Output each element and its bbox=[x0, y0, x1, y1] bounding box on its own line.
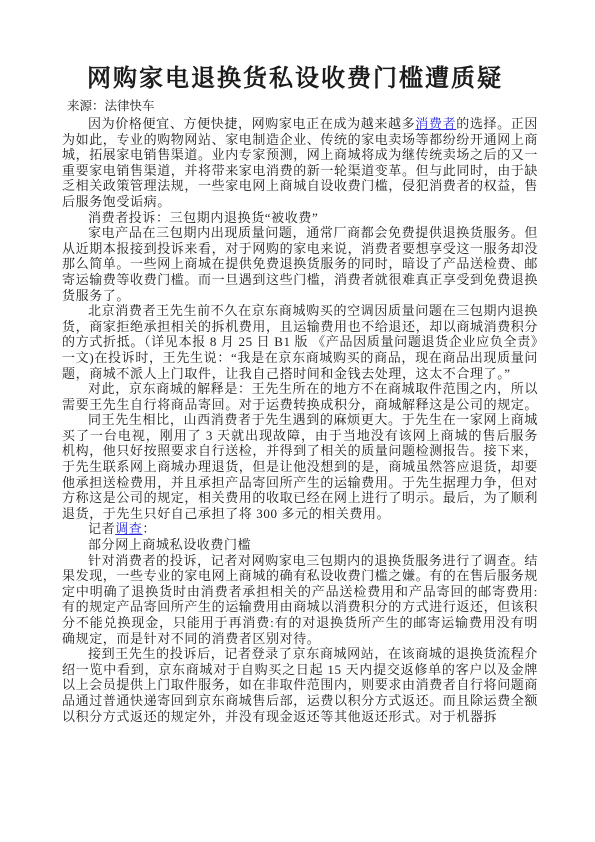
inline-link[interactable]: 调查 bbox=[115, 521, 142, 536]
paragraph: 北京消费者王先生前不久在京东商城购买的空调因质量问题在三包期内退换货，商家拒绝承… bbox=[62, 303, 538, 381]
document-page: 网购家电退换货私设收费门槛遭质疑 来源：法律快车 因为价格便宜、方便快捷，网购家… bbox=[0, 0, 595, 842]
text-run: 消费者投诉：三包期内退换货“被收费” bbox=[88, 210, 318, 225]
paragraph: 同王先生相比，山西消费者于先生遇到的麻烦更大。于先生在一家网上商城买了一台电视，… bbox=[62, 412, 538, 521]
text-run: 北京消费者王先生前不久在京东商城购买的空调因质量问题在三包期内退换货，商家拒绝承… bbox=[62, 303, 538, 380]
article-body: 因为价格便宜、方便快捷，网购家电正在成为越来越多消费者的选择。正因为如此，专业的… bbox=[62, 116, 538, 724]
article: 网购家电退换货私设收费门槛遭质疑 来源：法律快车 因为价格便宜、方便快捷，网购家… bbox=[62, 64, 538, 724]
text-run: 对此，京东商城的解释是：王先生所在的地方不在商城取件范围之内，所以需要王先生自行… bbox=[62, 381, 538, 412]
article-title: 网购家电退换货私设收费门槛遭质疑 bbox=[87, 64, 538, 94]
text-run: 部分网上商城私设收费门槛 bbox=[88, 537, 251, 552]
section-subheading: 消费者投诉：三包期内退换货“被收费” bbox=[62, 210, 538, 226]
paragraph: 接到王先生的投诉后，记者登录了京东商城网站，在该商城的退换货流程介绍一览中看到，… bbox=[62, 646, 538, 724]
text-run: 因为价格便宜、方便快捷，网购家电正在成为越来越多 bbox=[88, 116, 415, 131]
paragraph: 对此，京东商城的解释是：王先生所在的地方不在商城取件范围之内，所以需要王先生自行… bbox=[62, 381, 538, 412]
article-source: 来源：法律快车 bbox=[67, 98, 538, 114]
text-run: 家电产品在三包期内出现质量问题，通常厂商都会免费提供退换货服务。但从近期本报接到… bbox=[62, 225, 538, 302]
paragraph: 针对消费者的投诉，记者对网购家电三包期内的退换货服务进行了调查。结果发现，一些专… bbox=[62, 553, 538, 647]
text-run: 同王先生相比，山西消费者于先生遇到的麻烦更大。于先生在一家网上商城买了一台电视，… bbox=[62, 412, 538, 521]
text-run: 接到王先生的投诉后，记者登录了京东商城网站，在该商城的退换货流程介绍一览中看到，… bbox=[62, 646, 538, 723]
text-run: ： bbox=[142, 521, 156, 536]
paragraph: 记者调查： bbox=[62, 521, 538, 537]
paragraph: 因为价格便宜、方便快捷，网购家电正在成为越来越多消费者的选择。正因为如此，专业的… bbox=[62, 116, 538, 210]
text-run: 针对消费者的投诉，记者对网购家电三包期内的退换货服务进行了调查。结果发现，一些专… bbox=[62, 553, 538, 646]
paragraph: 家电产品在三包期内出现质量问题，通常厂商都会免费提供退换货服务。但从近期本报接到… bbox=[62, 225, 538, 303]
text-run: 记者 bbox=[88, 521, 115, 536]
section-subheading: 部分网上商城私设收费门槛 bbox=[62, 537, 538, 553]
inline-link[interactable]: 消费者 bbox=[415, 116, 456, 131]
